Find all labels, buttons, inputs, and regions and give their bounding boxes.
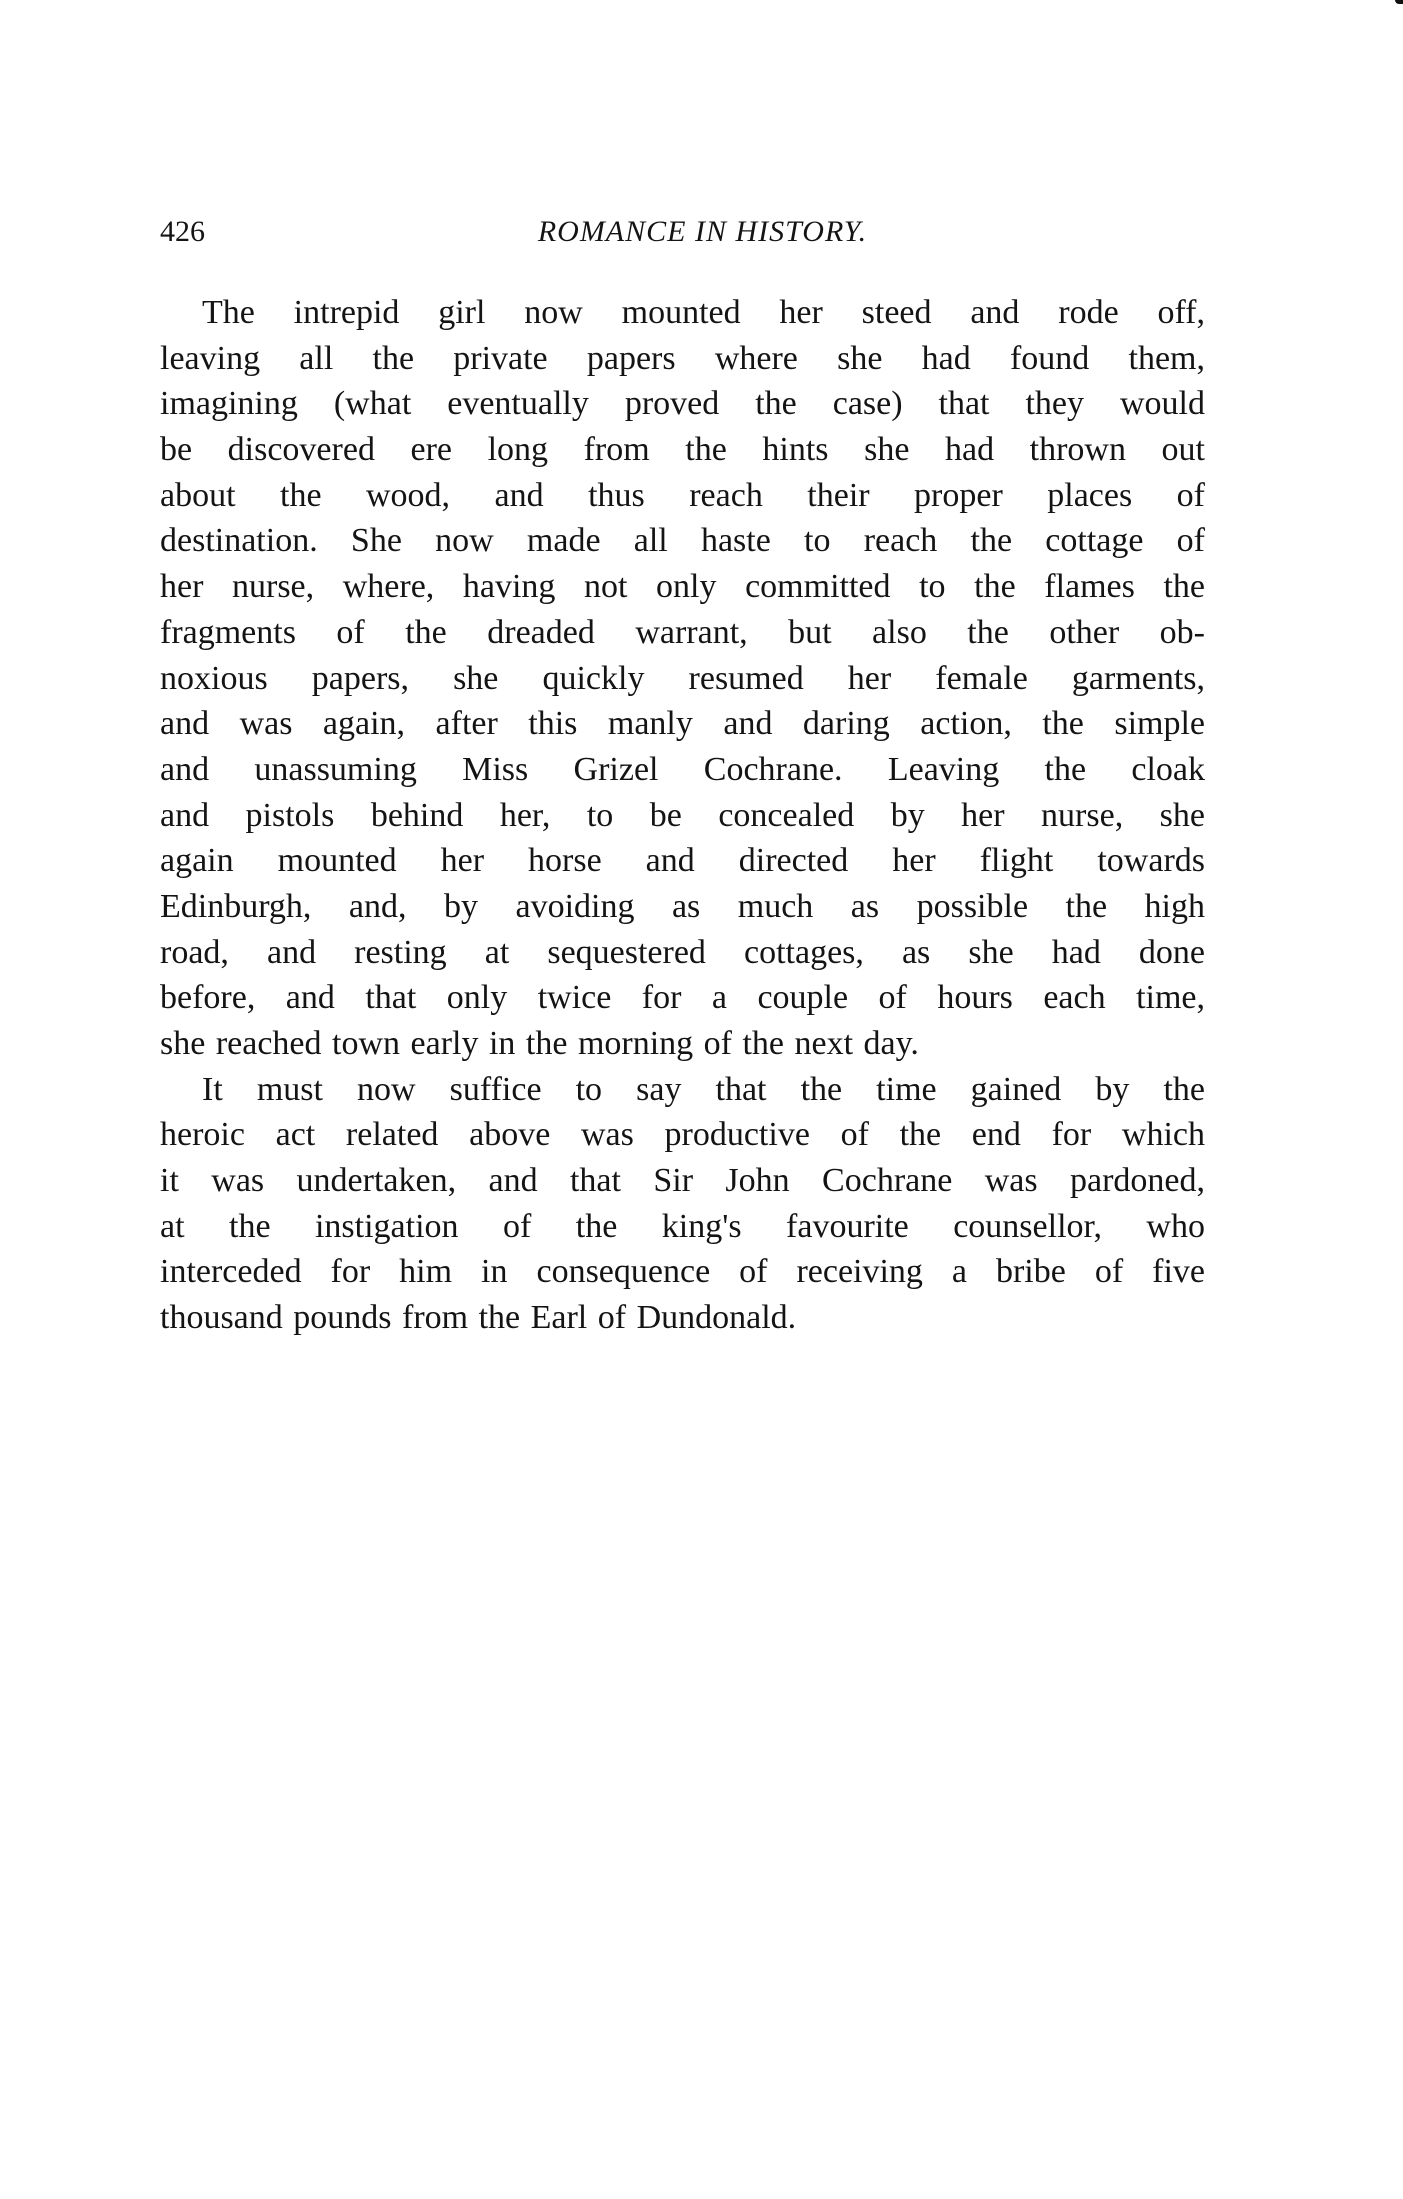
paragraph-1: The intrepid girl now mounted her steed … [160, 290, 1205, 1067]
text-line: imagining (what eventually proved the ca… [160, 381, 1205, 427]
scan-corner-mark [1395, 0, 1403, 4]
text-line: again mounted her horse and directed her… [160, 838, 1205, 884]
text-line: interceded for him in consequence of rec… [160, 1249, 1205, 1295]
text-line: it was undertaken, and that Sir John Coc… [160, 1158, 1205, 1204]
text-line: noxious papers, she quickly resumed her … [160, 656, 1205, 702]
text-line: It must now suffice to say that the time… [160, 1067, 1205, 1113]
text-line: her nurse, where, having not only commit… [160, 564, 1205, 610]
text-line: about the wood, and thus reach their pro… [160, 473, 1205, 519]
running-title: ROMANCE IN HISTORY. [160, 212, 1205, 252]
text-line: be discovered ere long from the hints sh… [160, 427, 1205, 473]
paragraph-2: It must now suffice to say that the time… [160, 1067, 1205, 1341]
text-line: and pistols behind her, to be concealed … [160, 793, 1205, 839]
text-line: heroic act related above was productive … [160, 1112, 1205, 1158]
text-line: The intrepid girl now mounted her steed … [160, 290, 1205, 336]
text-line: before, and that only twice for a couple… [160, 975, 1205, 1021]
text-line: leaving all the private papers where she… [160, 336, 1205, 382]
text-line: destination. She now made all haste to r… [160, 518, 1205, 564]
text-line: Edinburgh, and, by avoiding as much as p… [160, 884, 1205, 930]
running-head: 426 ROMANCE IN HISTORY. [160, 212, 1205, 252]
text-line: fragments of the dreaded warrant, but al… [160, 610, 1205, 656]
text-line: thousand pounds from the Earl of Dundona… [160, 1295, 1205, 1341]
text-line: and unassuming Miss Grizel Cochrane. Lea… [160, 747, 1205, 793]
text-line: at the instigation of the king's favouri… [160, 1204, 1205, 1250]
text-line: and was again, after this manly and dari… [160, 701, 1205, 747]
body-text: The intrepid girl now mounted her steed … [160, 290, 1205, 1341]
text-line: road, and resting at sequestered cottage… [160, 930, 1205, 976]
text-line: she reached town early in the morning of… [160, 1021, 1205, 1067]
